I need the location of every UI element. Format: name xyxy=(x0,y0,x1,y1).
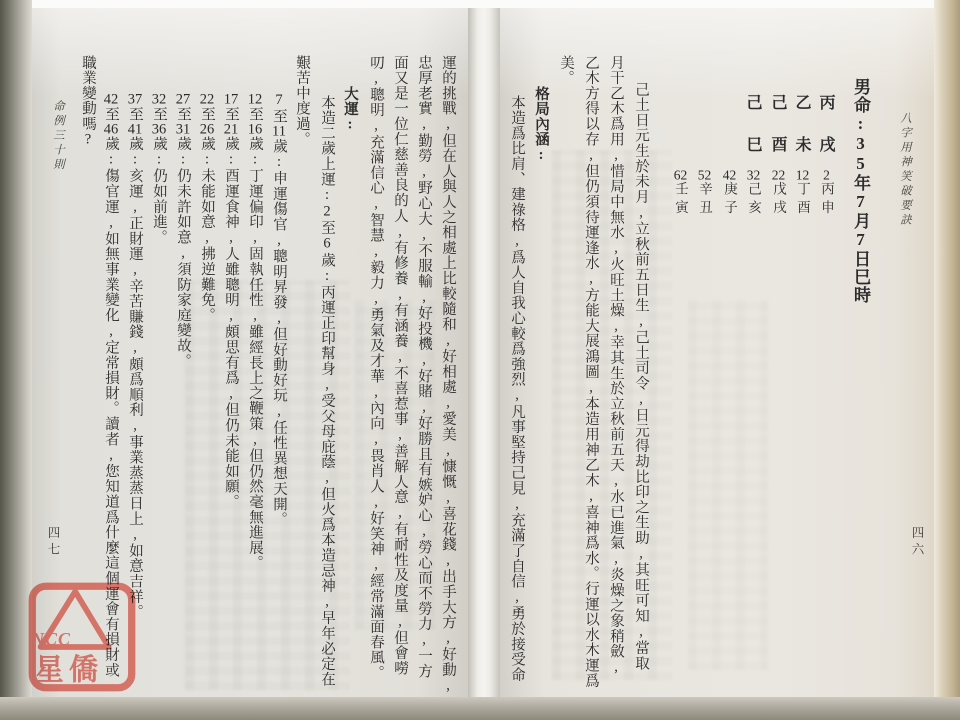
body-column: 己土日元生於未月,立秋前五日生,己土司令,日元得劫比印之生助,其旺可知,當取 xyxy=(630,82,652,671)
section-heading: 大運: xyxy=(339,86,361,133)
body-column: 7至11歲:申運傷官,聰明昇發,但好動好玩,任性異想天開。 xyxy=(268,92,290,527)
right-margin-header: 八字用神笑破要訣 xyxy=(897,112,912,228)
luck-cycle: 32己亥 xyxy=(742,168,764,219)
body-column: 面又是一位仁慈善良的人,有修養,有涵養,不喜惹事,善解人意,有耐性及度量,但會嘮 xyxy=(389,55,411,676)
pillar-day: 己酉 xyxy=(766,94,788,178)
body-column: 月干乙木爲用,惜局中無水,火旺土燥,幸其生於立秋前五天,水已進氣,炎燥之象稍斂, xyxy=(605,55,627,676)
binding-gutter xyxy=(468,8,500,700)
publisher-stamp: NCC 星僑 xyxy=(27,581,137,693)
pillar-hour: 己巳 xyxy=(741,94,763,178)
right-page-number: 四六 xyxy=(906,526,928,559)
body-column: 職業變動嗎? xyxy=(77,55,99,148)
page-stack-bottom-edge xyxy=(0,697,960,720)
body-column: 27至31歲:仍未許如意,須防家庭變故。 xyxy=(172,92,194,369)
body-column: 12至16歲:丁運偏印,固執任性,雖經長上之鞭策,但仍然毫無進展。 xyxy=(244,92,266,571)
luck-cycle: 22戊戌 xyxy=(767,168,789,219)
left-page-number: 四七 xyxy=(42,526,64,559)
body-column: 美。 xyxy=(555,55,577,86)
body-column: 32至36歲:仍如前進。 xyxy=(148,92,170,245)
pillar-month: 乙未 xyxy=(790,94,812,178)
body-column: 運的挑戰,但在人與人之相處上比較隨和,好相處,愛美,慷慨,喜花錢,出手大方,好動… xyxy=(437,55,459,694)
body-column: 叨,聰明,充滿信心,智慧,毅力,勇氣及才華,內向,畏肖人,好笑神,經常滿面春風。 xyxy=(365,55,387,681)
body-column: 17至21歲:酉運食神,人雖聰明,頗思有爲,但仍未能如願。 xyxy=(220,92,242,510)
body-column: 乙木方得以存,但仍須待運逢水,方能大展鴻圖,本造用神乙木,喜神爲水。行運以水木運… xyxy=(580,55,602,688)
luck-cycle: 12丁酉 xyxy=(791,168,813,219)
body-column: 37至41歲:亥運,正財運,辛苦賺錢,頗爲順利,事業蒸蒸日上,如意吉祥。 xyxy=(124,92,146,620)
luck-cycle: 2丙申 xyxy=(815,168,837,219)
pillar-year: 丙戌 xyxy=(814,94,836,178)
book-spread: 八字用神笑破要訣 四六 男命:35年7月7日巳時 丙戌 乙未 己酉 己巳 2丙申… xyxy=(0,0,960,720)
left-margin-header: 命例三十則 xyxy=(50,100,65,173)
luck-cycle: 52辛丑 xyxy=(693,168,715,219)
body-column: 本造二歲上運:2至6歲:丙運正印幫身,受父母庇蔭,但火爲本造忌神,早年必定在 xyxy=(316,95,338,687)
section-heading: 格局內涵: xyxy=(530,86,552,164)
right-page xyxy=(500,8,938,700)
body-column: 22至26歲:未能如意,拂逆難免。 xyxy=(196,92,218,323)
luck-cycle: 62壬寅 xyxy=(669,168,691,219)
body-column: 本造爲比肩、建祿格,爲人自我心較爲強烈,凡事堅持己見,充滿了自信,勇於接受命 xyxy=(506,95,528,682)
stamp-text-ncc: NCC xyxy=(30,629,71,649)
page-stack-right-edge xyxy=(934,0,960,720)
luck-cycle: 42庚子 xyxy=(718,168,740,219)
chart-title: 男命:35年7月7日巳時 xyxy=(848,78,872,304)
stamp-text-brand: 星僑 xyxy=(34,653,103,686)
body-column: 艱苦中度過。 xyxy=(291,55,313,147)
body-column: 忠厚老實,勤勞,野心大,不服輸,好投機,好賭,好勝且有嫉妒心,勞心而不勞力,一方 xyxy=(413,55,435,679)
